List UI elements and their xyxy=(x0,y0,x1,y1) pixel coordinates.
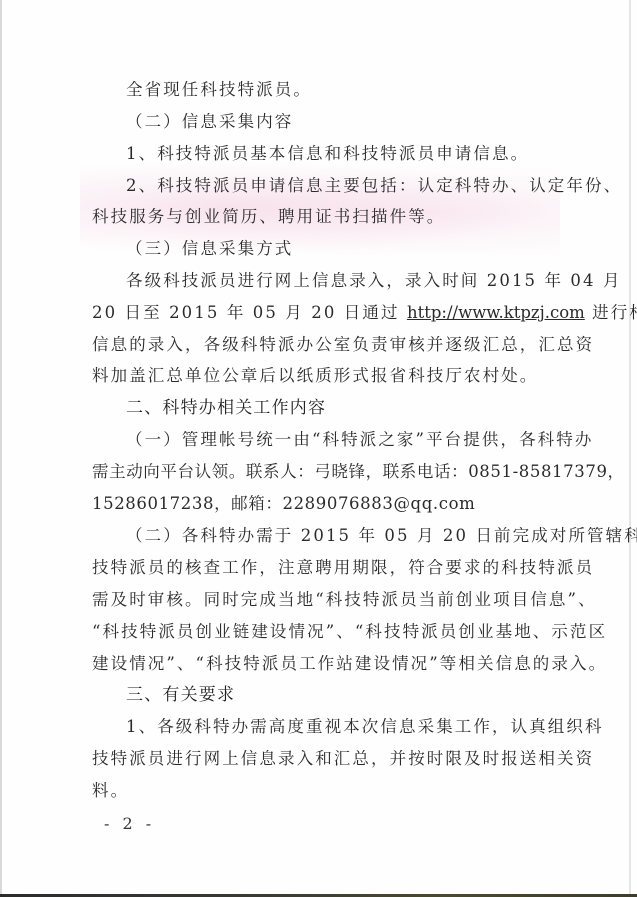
text-before-link: 20 日至 2015 年 05 月 20 日通过 xyxy=(92,303,407,322)
body-line: 全省现任科技特派员。 xyxy=(126,80,552,100)
body-line: （一）管理帐号统一由“科特派之家”平台提供，各科特办 xyxy=(126,430,552,450)
body-line: 建设情况”、“科技特派员工作站建设情况”等相关信息的录入。 xyxy=(92,654,552,674)
body-line: 需及时审核。同时完成当地“科技特派员当前创业项目信息”、 xyxy=(92,590,552,610)
body-line: 料。 xyxy=(92,781,552,801)
page-number: - 2 - xyxy=(104,814,155,833)
website-link[interactable]: http://www.ktpzj.com xyxy=(407,303,585,322)
body-line: 技特派员的核查工作，注意聘用期限，符合要求的科技特派员 xyxy=(92,558,552,578)
page-right-edge xyxy=(629,0,631,894)
contact-email-line: 15286017238，邮箱：2289076883@qq.com xyxy=(92,494,552,514)
body-line: 科技服务与创业简历、聘用证书扫描件等。 xyxy=(92,207,552,227)
section-heading-3: 三、有关要求 xyxy=(126,685,552,705)
body-line: （二）各科特办需于 2015 年 05 月 20 日前完成对所管辖科 xyxy=(126,526,552,546)
subheading-info-content: （二）信息采集内容 xyxy=(126,112,552,132)
section-heading-2: 二、科特办相关工作内容 xyxy=(126,398,552,418)
body-line: 2、科技特派员申请信息主要包括：认定科特办、认定年份、 xyxy=(126,176,552,196)
body-line: “科技特派员创业链建设情况”、“科技特派员创业基地、示范区 xyxy=(92,622,552,642)
body-line: 1、各级科特办需高度重视本次信息采集工作，认真组织科 xyxy=(126,717,552,737)
body-line-with-link: 20 日至 2015 年 05 月 20 日通过 http://www.ktpz… xyxy=(92,303,552,323)
body-line: 信息的录入，各级科特派办公室负责审核并逐级汇总，汇总资 xyxy=(92,335,552,355)
text-after-link: 进行相关 xyxy=(585,303,637,322)
body-line: 各级科技派员进行网上信息录入，录入时间 2015 年 04 月 xyxy=(126,271,552,291)
document-page: 全省现任科技特派员。 （二）信息采集内容 1、科技特派员基本信息和科技特派员申请… xyxy=(0,0,637,894)
body-line: 料加盖汇总单位公章后以纸质形式报省科技厅农村处。 xyxy=(92,366,552,386)
body-line: 技特派员进行网上信息录入和汇总，并按时限及时报送相关资 xyxy=(92,749,552,769)
page-left-edge xyxy=(0,0,2,894)
body-line: 1、科技特派员基本信息和科技特派员申请信息。 xyxy=(126,144,552,164)
contact-line: 需主动向平台认领。联系人：弓晓锋，联系电话：0851-85817379， xyxy=(92,462,552,482)
subheading-info-method: （三）信息采集方式 xyxy=(126,239,552,259)
